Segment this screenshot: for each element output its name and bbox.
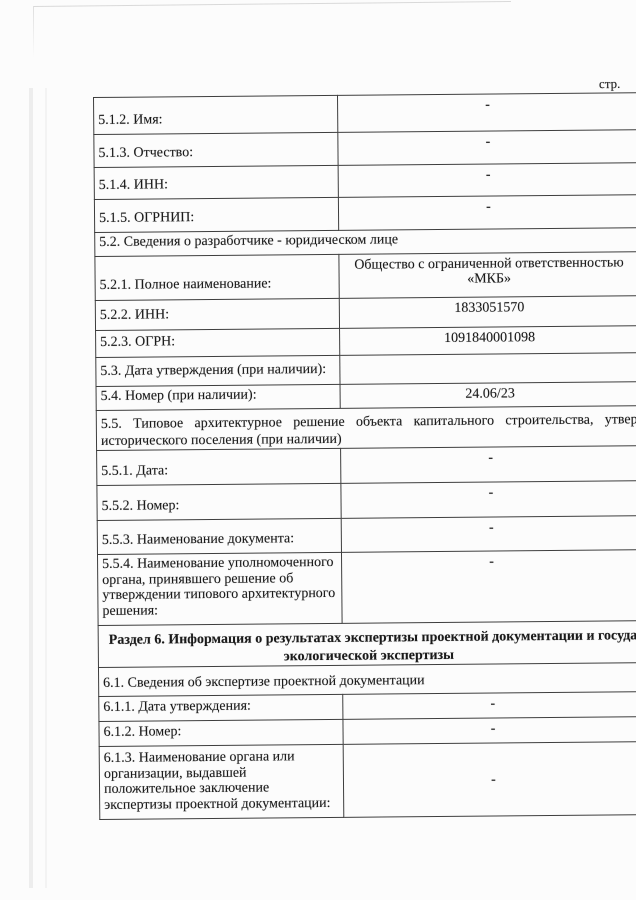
paper-edge xyxy=(33,1,511,7)
table-row: 5.5.2. Номер: - xyxy=(97,480,636,520)
table-row: 5.5.4. Наименование уполномоченного орга… xyxy=(97,549,636,625)
field-value: - xyxy=(341,515,636,552)
table-row: 5.3. Дата утверждения (при наличии): xyxy=(96,352,636,386)
section-title-text: 5.5. Типовое архитектурное решение объек… xyxy=(101,411,636,450)
table-row: 5.1.2. Имя: - xyxy=(94,92,636,134)
field-label: 5.4. Номер (при наличии): xyxy=(96,384,340,411)
page-number-label: стр. xyxy=(599,76,621,92)
section-row: 6.1. Сведения об экспертизе проектной до… xyxy=(98,662,636,696)
table-row: 5.1.4. ИНН: - xyxy=(94,162,636,199)
table-row: 5.2.2. ИНН: 1833051570 xyxy=(95,295,636,330)
field-label: 5.5.3. Наименование документа: xyxy=(97,518,341,554)
field-label: 5.5.2. Номер: xyxy=(97,483,341,520)
table-row: 5.5.3. Наименование документа: - xyxy=(97,515,636,554)
field-label: 5.3. Дата утверждения (при наличии): xyxy=(96,355,340,386)
field-value: - xyxy=(337,92,636,132)
field-value: - xyxy=(341,549,636,623)
field-value: Общество с ограниченной ответственностью… xyxy=(339,251,636,298)
field-label: 5.2.3. ОГРН: xyxy=(96,328,340,357)
field-value: 24.06/23 xyxy=(340,381,636,408)
section-title: 5.5. Типовое архитектурное решение объек… xyxy=(96,405,636,450)
field-value: 1091840001098 xyxy=(340,325,636,355)
field-label: 5.1.4. ИНН: xyxy=(94,165,338,199)
field-value: - xyxy=(338,129,636,165)
field-label: 6.1.3. Наименование органа или организац… xyxy=(99,744,344,819)
scan-streak xyxy=(45,88,47,888)
table-row: 5.5.1. Дата: - xyxy=(97,445,636,485)
field-value: - xyxy=(341,445,636,483)
field-value: - xyxy=(343,716,636,744)
table-row: 6.1.3. Наименование органа или организац… xyxy=(99,741,636,819)
section-title: 6.1. Сведения об экспертизе проектной до… xyxy=(98,662,636,696)
section-row: 5.5. Типовое архитектурное решение объек… xyxy=(96,405,636,450)
table-row: 5.2.1. Полное наименование: Общество с о… xyxy=(95,251,636,300)
field-value: - xyxy=(338,194,636,230)
field-label: 5.1.3. Отчество: xyxy=(94,132,338,167)
paper-edge xyxy=(33,6,34,58)
field-label: 5.1.5. ОГРНИП: xyxy=(94,197,338,232)
scanned-document-page: стр. 5.1.2. Имя: - 5.1.3. Отчество: - 5.… xyxy=(0,0,636,900)
field-value: - xyxy=(343,691,636,719)
field-label: 5.5.1. Дата: xyxy=(97,448,341,485)
field-label: 6.1.2. Номер: xyxy=(99,719,343,746)
field-label: 5.2.1. Полное наименование: xyxy=(95,254,339,300)
table-row: 5.1.5. ОГРНИП: - xyxy=(94,194,636,232)
field-value: - xyxy=(341,480,636,518)
field-label: 5.5.4. Наименование уполномоченного орга… xyxy=(97,552,342,625)
section-header: Раздел 6. Информация о результатах экспе… xyxy=(98,620,636,667)
field-label: 5.1.2. Имя: xyxy=(94,95,338,134)
field-value xyxy=(340,352,636,384)
document-table: 5.1.2. Имя: - 5.1.3. Отчество: - 5.1.4. … xyxy=(93,92,636,820)
scan-streak xyxy=(29,88,33,888)
table-row: 5.1.3. Отчество: - xyxy=(94,129,636,167)
field-value: - xyxy=(343,741,636,817)
field-value: - xyxy=(338,162,636,197)
field-value: 1833051570 xyxy=(339,295,636,328)
field-label: 5.2.2. ИНН: xyxy=(95,298,339,330)
section-header-row: Раздел 6. Информация о результатах экспе… xyxy=(98,620,636,667)
field-label: 6.1.1. Дата утверждения: xyxy=(99,694,343,721)
